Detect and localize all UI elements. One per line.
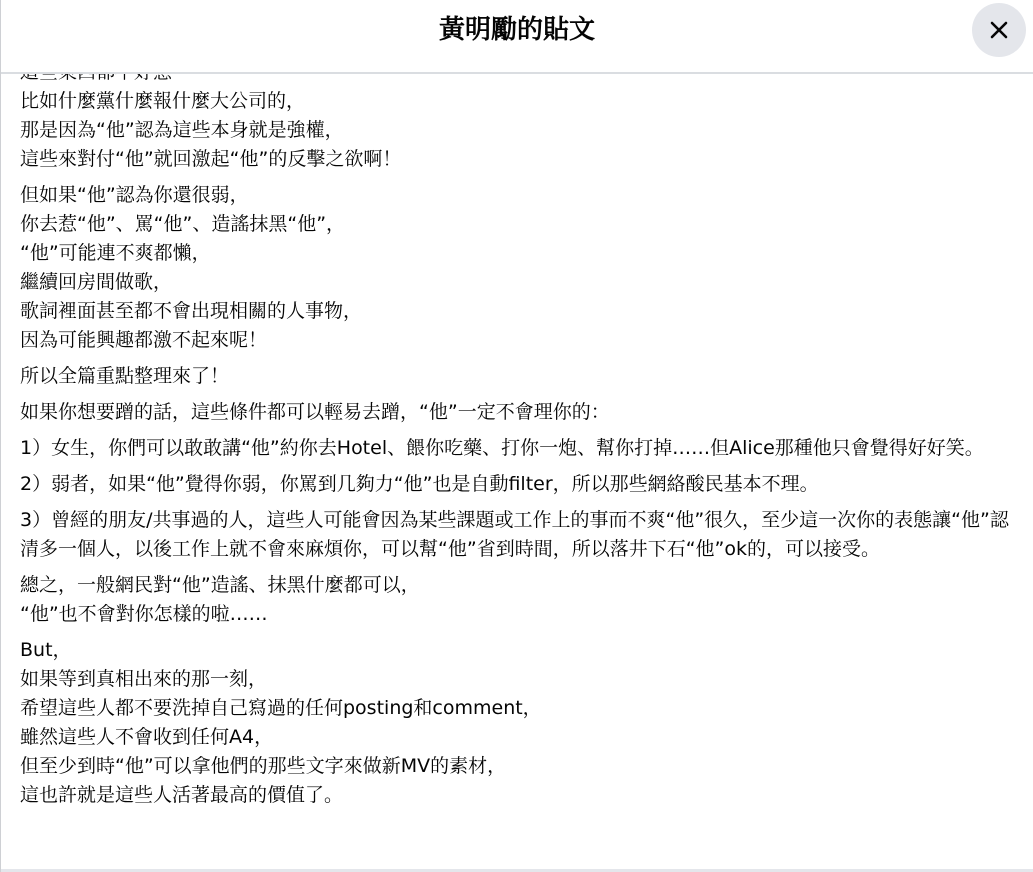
post-line: But， xyxy=(20,636,1020,665)
post-paragraph: 如果你想要蹭的話，這些條件都可以輕易去蹭，“他”一定不會理你的： xyxy=(20,398,1020,427)
post-line: 如果你想要蹭的話，這些條件都可以輕易去蹭，“他”一定不會理你的： xyxy=(20,398,1020,427)
post-dialog: 黃明勵的貼文 這些東西都不好惹 比如什麼黨什麼報什麼大公司的， 那是因為“他”認… xyxy=(0,0,1033,872)
close-icon xyxy=(987,18,1011,42)
post-paragraph: 但如果“他”認為你還很弱， 你去惹“他”、罵“他”、造謠抹黑“他”， “他”可能… xyxy=(20,181,1020,355)
post-line: 這些來對付“他”就回激起“他”的反擊之欲啊！ xyxy=(20,145,1020,174)
post-line: 3）曾經的朋友/共事過的人，這些人可能會因為某些課題或工作上的事而不爽“他”很久… xyxy=(20,506,1020,564)
post-line: 那是因為“他”認為這些本身就是強權， xyxy=(20,116,1020,145)
post-paragraph: 2）弱者，如果“他”覺得你弱，你罵到几夠力“他”也是自動filter，所以那些網… xyxy=(20,470,1020,499)
dialog-title: 黃明勵的貼文 xyxy=(1,12,1033,48)
post-paragraph: 1）女生，你們可以敢敢講“他”約你去Hotel、餵你吃藥、打你一炮、幫你打掉……… xyxy=(20,434,1020,463)
post-line: 因為可能興趣都激不起來呢！ xyxy=(20,326,1020,355)
post-line: “他”也不會對你怎樣的啦…… xyxy=(20,600,1020,629)
dialog-header: 黃明勵的貼文 xyxy=(1,0,1033,74)
post-line: 如果等到真相出來的那一刻， xyxy=(20,665,1020,694)
close-button[interactable] xyxy=(972,3,1026,57)
post-line: 希望這些人都不要洗掉自己寫過的任何posting和comment， xyxy=(20,694,1020,723)
post-cut-line: 這些東西都不好惹 xyxy=(20,74,1020,87)
post-line: 繼續回房間做歌， xyxy=(20,268,1020,297)
post-line: 你去惹“他”、罵“他”、造謠抹黑“他”， xyxy=(20,210,1020,239)
post-paragraph: 總之，一般網民對“他”造謠、抹黑什麼都可以， “他”也不會對你怎樣的啦…… xyxy=(20,571,1020,629)
post-line: 總之，一般網民對“他”造謠、抹黑什麼都可以， xyxy=(20,571,1020,600)
post-line: 這也許就是這些人活著最高的價值了。 xyxy=(20,781,1020,810)
post-paragraph: 3）曾經的朋友/共事過的人，這些人可能會因為某些課題或工作上的事而不爽“他”很久… xyxy=(20,506,1020,564)
post-line: 但至少到時“他”可以拿他們的那些文字來做新MV的素材， xyxy=(20,752,1020,781)
post-line: 2）弱者，如果“他”覺得你弱，你罵到几夠力“他”也是自動filter，所以那些網… xyxy=(20,470,1020,499)
post-body: 這些東西都不好惹 比如什麼黨什麼報什麼大公司的， 那是因為“他”認為這些本身就是… xyxy=(20,74,1020,817)
post-line: “他”可能連不爽都懶， xyxy=(20,239,1020,268)
post-content-scroll[interactable]: 這些東西都不好惹 比如什麼黨什麼報什麼大公司的， 那是因為“他”認為這些本身就是… xyxy=(1,74,1033,870)
post-paragraph: 所以全篇重點整理來了！ xyxy=(20,362,1020,391)
post-paragraph: But， 如果等到真相出來的那一刻， 希望這些人都不要洗掉自己寫過的任何post… xyxy=(20,636,1020,810)
post-line: 所以全篇重點整理來了！ xyxy=(20,362,1020,391)
post-line: 1）女生，你們可以敢敢講“他”約你去Hotel、餵你吃藥、打你一炮、幫你打掉……… xyxy=(20,434,1020,463)
post-line: 比如什麼黨什麼報什麼大公司的， xyxy=(20,87,1020,116)
post-paragraph: 比如什麼黨什麼報什麼大公司的， 那是因為“他”認為這些本身就是強權， 這些來對付… xyxy=(20,87,1020,174)
post-line: 歌詞裡面甚至都不會出現相關的人事物， xyxy=(20,297,1020,326)
post-line: 但如果“他”認為你還很弱， xyxy=(20,181,1020,210)
post-line: 雖然這些人不會收到任何A4， xyxy=(20,723,1020,752)
